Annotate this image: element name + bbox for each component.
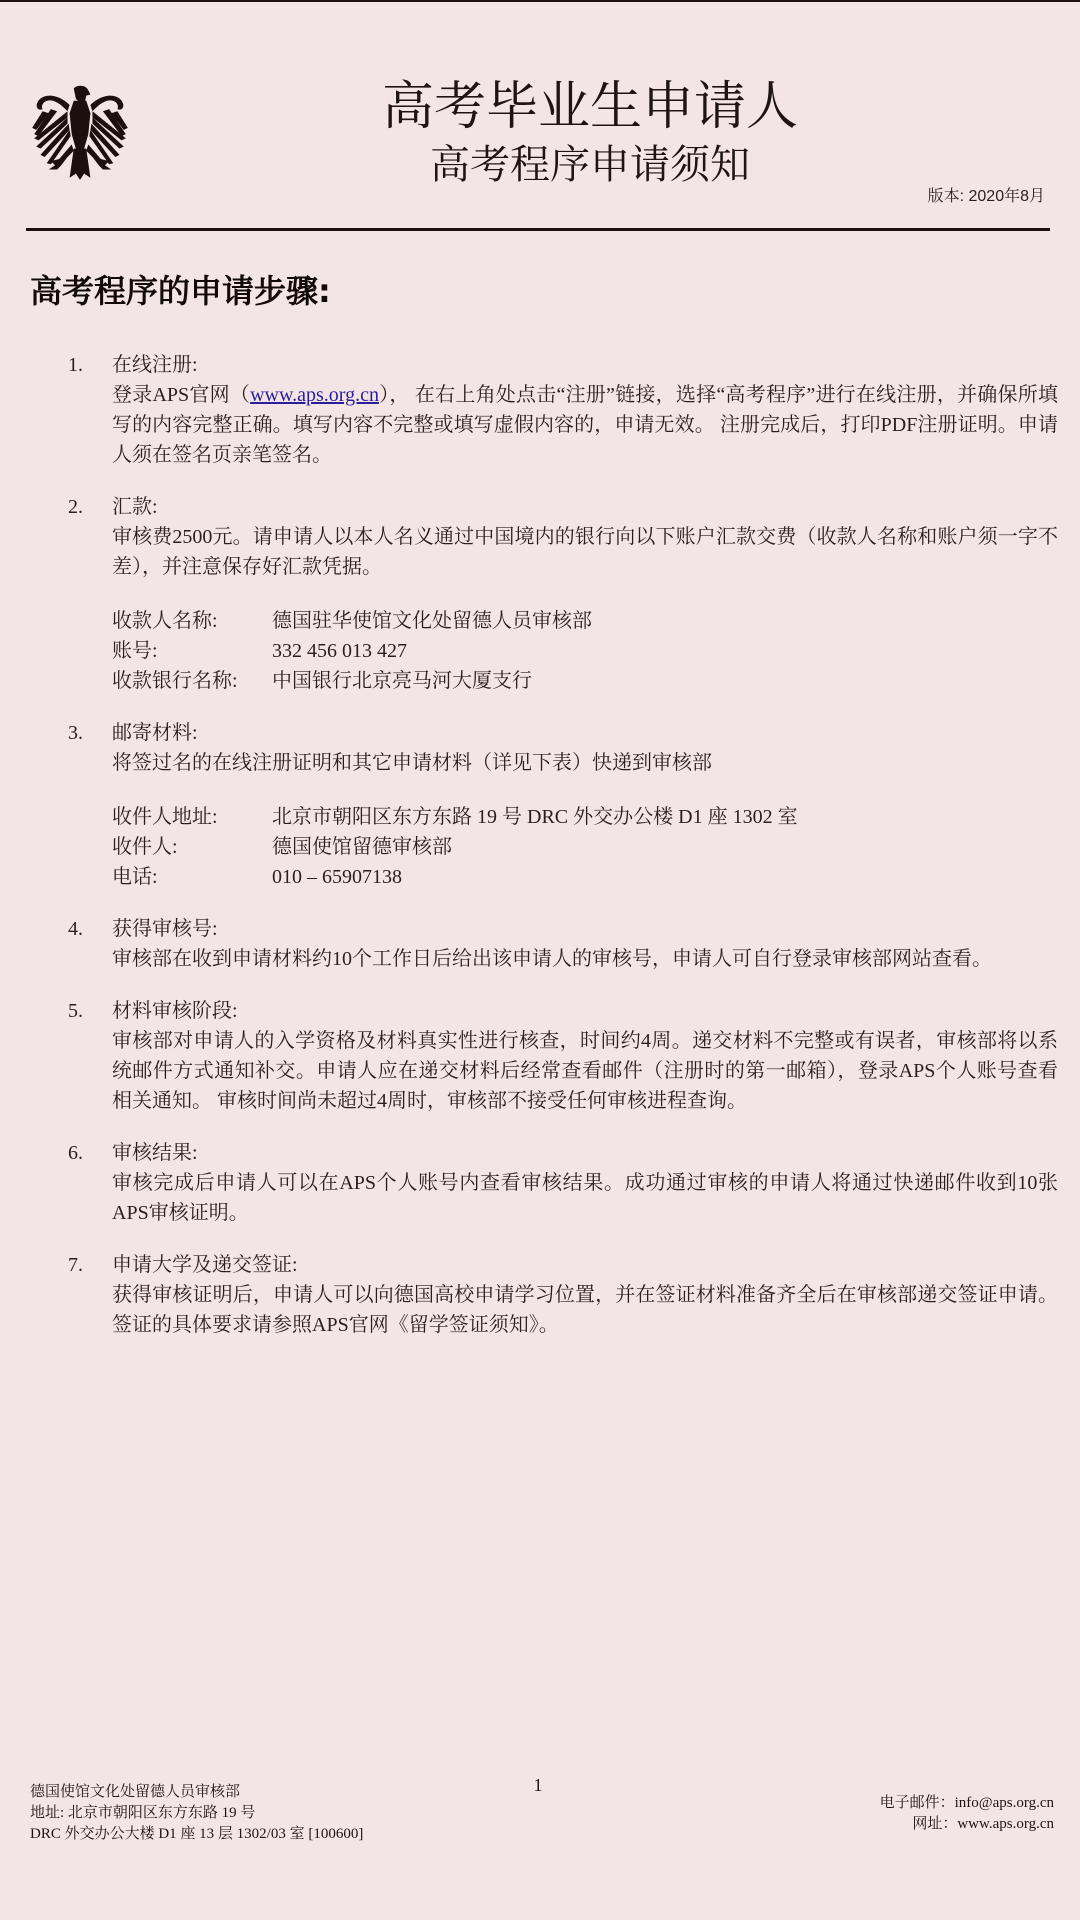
footer-address: 德国使馆文化处留德人员审核部 地址: 北京市朝阳区东方东路 19 号 DRC 外… [30,1782,363,1845]
detail-label: 收款银行名称: [112,666,272,696]
footer-address-line: 地址: 北京市朝阳区东方东路 19 号 [30,1803,363,1824]
step-text-part: 登录APS官网（ [112,384,250,406]
step-text: 审核部在收到申请材料约10个工作日后给出该申请人的审核号，申请人可自行登录审核部… [112,944,1058,974]
step-text: 获得审核证明后，申请人可以向德国高校申请学习位置，并在签证材料准备齐全后在审核部… [112,1280,1058,1340]
step-heading: 申请大学及递交签证: [112,1250,1058,1280]
application-steps-list: 1. 在线注册: 登录APS官网（www.aps.org.cn）， 在右上角处点… [68,350,1058,1362]
document-title: 高考毕业生申请人 [0,78,1080,138]
step-text: 登录APS官网（www.aps.org.cn）， 在右上角处点击“注册”链接，选… [112,380,1058,470]
step-payment: 2. 汇款: 审核费2500元。请申请人以本人名义通过中国境内的银行向以下账户汇… [68,492,1058,696]
footer-address-line: DRC 外交办公大楼 D1 座 13 层 1302/03 室 [100600] [30,1824,363,1845]
step-material-review: 5. 材料审核阶段: 审核部对申请人的入学资格及材料真实性进行核查，时间约4周。… [68,996,1058,1116]
step-mail-materials: 3. 邮寄材料: 将签过名的在线注册证明和其它申请材料（详见下表）快递到审核部 … [68,718,1058,892]
document-subtitle: 高考程序申请须知 [0,140,1080,190]
aps-website-link[interactable]: www.aps.org.cn [250,384,379,406]
version-label: 版本: 2020年8月 [928,183,1045,206]
detail-label: 收件人: [112,832,272,862]
step-heading: 邮寄材料: [112,718,1058,748]
page-top-border [0,0,1080,2]
detail-value: 010 – 65907138 [272,862,1058,892]
footer-website: 网址：www.aps.org.cn [880,1814,1054,1835]
step-review-result: 6. 审核结果: 审核完成后申请人可以在APS个人账号内查看审核结果。成功通过审… [68,1138,1058,1228]
detail-label: 收件人地址: [112,802,272,832]
detail-label: 账号: [112,636,272,666]
detail-value: 332 456 013 427 [272,636,1058,666]
step-number: 7. [68,1250,112,1340]
footer-email: 电子邮件：info@aps.org.cn [880,1793,1054,1814]
step-number: 5. [68,996,112,1116]
detail-value: 德国使馆留德审核部 [272,832,1058,862]
footer-contact: 电子邮件：info@aps.org.cn 网址：www.aps.org.cn [880,1793,1054,1835]
page-number: 1 [526,1775,550,1796]
step-review-number: 4. 获得审核号: 审核部在收到申请材料约10个工作日后给出该申请人的审核号，申… [68,914,1058,974]
detail-value: 中国银行北京亮马河大厦支行 [272,666,1058,696]
step-online-registration: 1. 在线注册: 登录APS官网（www.aps.org.cn）， 在右上角处点… [68,350,1058,470]
bank-account-details: 收款人名称: 德国驻华使馆文化处留德人员审核部 账号: 332 456 013 … [112,606,1058,696]
detail-value: 北京市朝阳区东方东路 19 号 DRC 外交办公楼 D1 座 1302 室 [272,802,1058,832]
step-text: 将签过名的在线注册证明和其它申请材料（详见下表）快递到审核部 [112,748,1058,778]
detail-label: 收款人名称: [112,606,272,636]
header-divider [26,228,1050,231]
step-number: 6. [68,1138,112,1228]
step-university-and-visa: 7. 申请大学及递交签证: 获得审核证明后，申请人可以向德国高校申请学习位置，并… [68,1250,1058,1340]
step-heading: 汇款: [112,492,1058,522]
step-heading: 材料审核阶段: [112,996,1058,1026]
footer-org-name: 德国使馆文化处留德人员审核部 [30,1782,363,1803]
step-number: 4. [68,914,112,974]
step-heading: 审核结果: [112,1138,1058,1168]
detail-value: 德国驻华使馆文化处留德人员审核部 [272,606,1058,636]
step-number: 3. [68,718,112,892]
step-number: 2. [68,492,112,696]
step-heading: 获得审核号: [112,914,1058,944]
detail-label: 电话: [112,862,272,892]
step-text: 审核部对申请人的入学资格及材料真实性进行核查，时间约4周。递交材料不完整或有误者… [112,1026,1058,1116]
step-text: 审核完成后申请人可以在APS个人账号内查看审核结果。成功通过审核的申请人将通过快… [112,1168,1058,1228]
step-text: 审核费2500元。请申请人以本人名义通过中国境内的银行向以下账户汇款交费（收款人… [112,522,1058,582]
section-title: 高考程序的申请步骤: [30,266,331,312]
step-number: 1. [68,350,112,470]
mailing-details: 收件人地址: 北京市朝阳区东方东路 19 号 DRC 外交办公楼 D1 座 13… [112,802,1058,892]
step-heading: 在线注册: [112,350,1058,380]
